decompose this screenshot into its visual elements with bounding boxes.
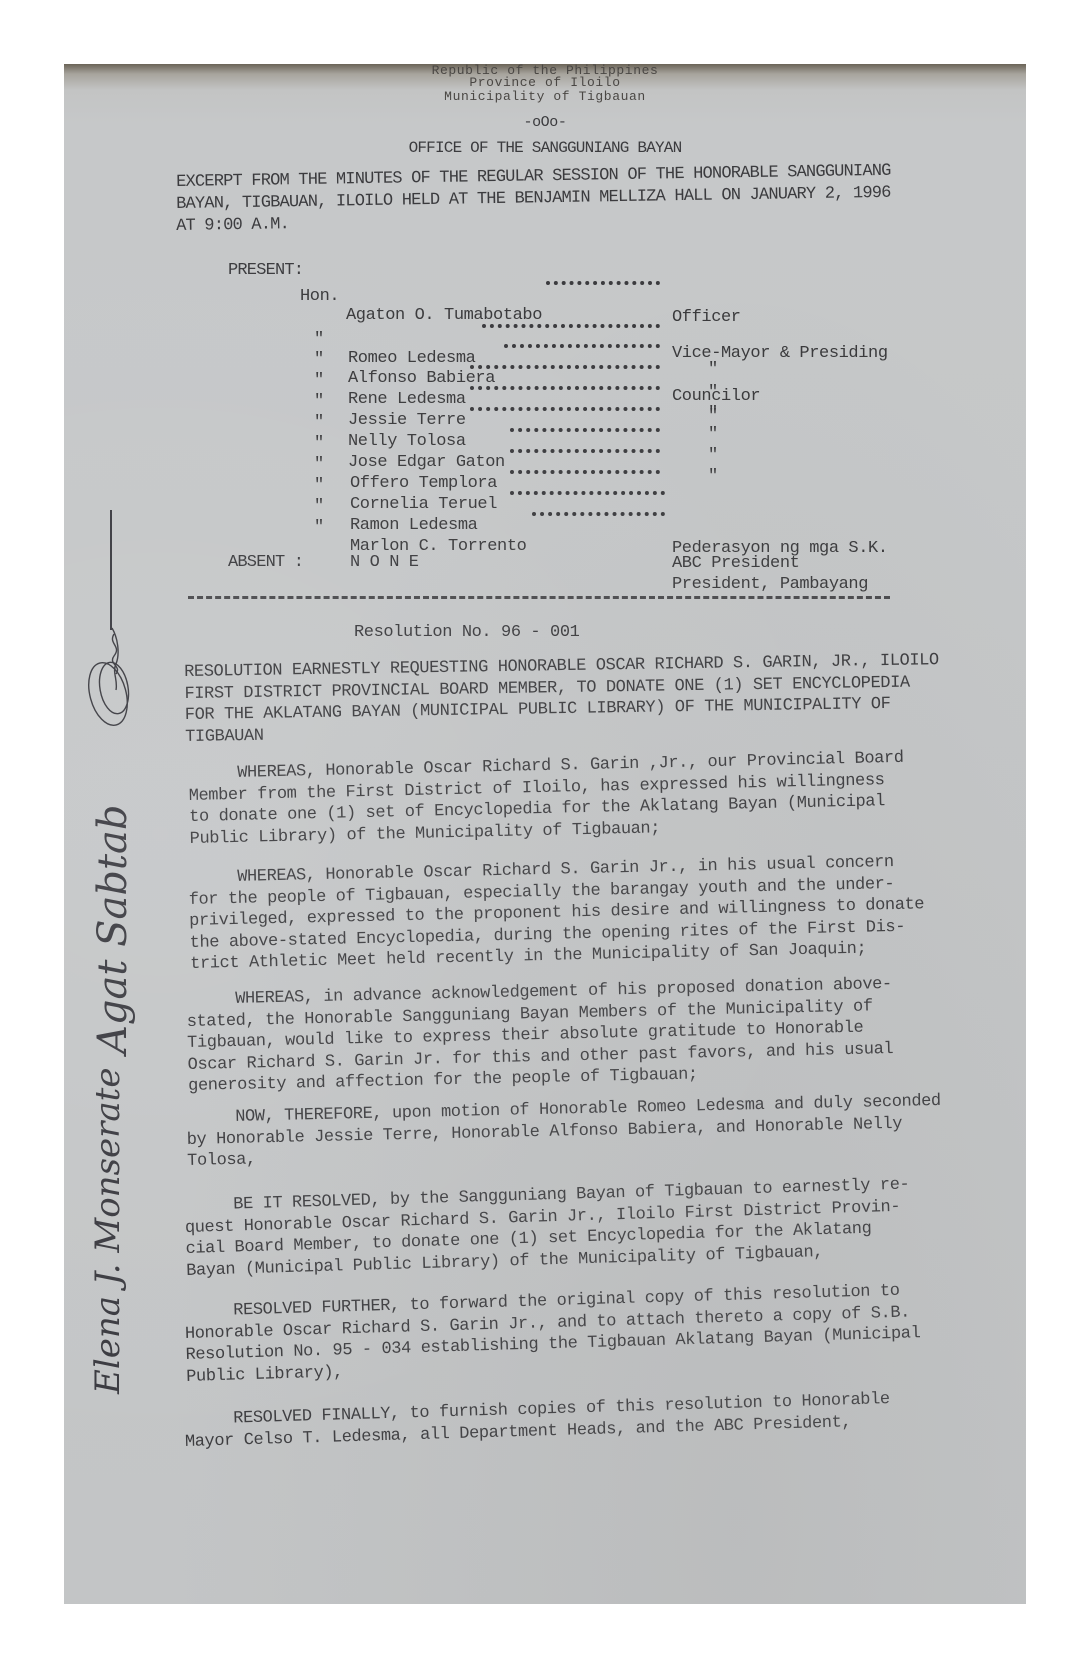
resolved-finally-paragraph: RESOLVED FINALLY, to furnish copies of t… <box>184 1388 925 1453</box>
leader-dots <box>470 365 660 369</box>
excerpt-line-3: AT 9:00 A.M. <box>176 214 289 237</box>
member-row: " Rene Ledesma " <box>300 352 900 373</box>
leader-dots <box>470 386 660 390</box>
leader-dots <box>532 512 665 516</box>
office-title: OFFICE OF THE SANGGUNIANG BAYAN <box>64 138 1026 160</box>
whereas-paragraph-2: WHEREAS, Honorable Oscar Richard S. Gari… <box>188 851 930 975</box>
member-row: Hon. Agaton O. Tumabotabo Vice-Mayor & P… <box>300 268 900 289</box>
header-municipality: Municipality of Tigbauan <box>64 90 1026 104</box>
resolution-title: RESOLUTION EARNESTLY REQUESTING HONORABL… <box>184 650 925 748</box>
present-label: PRESENT: <box>228 260 303 282</box>
members-list: Hon. Agaton O. Tumabotabo Vice-Mayor & P… <box>300 268 900 548</box>
be-it-resolved-paragraph: BE IT RESOLVED, by the Sangguniang Bayan… <box>184 1174 926 1282</box>
document-page: Republic of the Philippines Province of … <box>64 64 1026 1604</box>
member-row: " Cornelia Teruel " <box>300 457 900 478</box>
header-province: Province of Iloilo <box>64 76 1026 90</box>
now-therefore-paragraph: NOW, THEREFORE, upon motion of Honorable… <box>186 1091 927 1172</box>
member-row: " Jessie Terre " <box>300 373 900 394</box>
section-divider <box>188 596 890 599</box>
member-role-continuation: Officer <box>300 289 900 310</box>
member-row: " Nelly Tolosa " <box>300 394 900 415</box>
header-separator: -oOo- <box>64 112 1026 134</box>
member-row: " Ramon Ledesma ABC President <box>300 478 900 499</box>
handwritten-name-2: Elena J. Monserate <box>88 1068 128 1394</box>
leader-dots <box>504 344 660 348</box>
signature-line <box>110 510 112 630</box>
whereas-paragraph-3: WHEREAS, in advance acknowledgement of h… <box>186 973 928 1097</box>
leader-dots <box>482 324 660 328</box>
leader-dots <box>470 407 660 411</box>
leader-dots <box>510 470 660 474</box>
member-role-continuation: Pederasyon ng mga S.K. <box>300 520 920 541</box>
leader-dots <box>510 449 660 453</box>
resolution-number: Resolution No. 96 - 001 <box>354 622 579 644</box>
resolved-further-paragraph: RESOLVED FURTHER, to forward the origina… <box>184 1280 926 1388</box>
leader-dots <box>510 491 665 495</box>
whereas-paragraph-1: WHEREAS, Honorable Oscar Richard S. Gari… <box>188 747 930 850</box>
absent-label: ABSENT : <box>228 552 303 574</box>
member-row: " Romeo Ledesma Councilor <box>300 311 900 332</box>
leader-dots <box>510 428 660 432</box>
member-row: " Marlon C. Torrento President, Pambayan… <box>300 499 920 520</box>
leader-dots <box>546 281 660 285</box>
member-row: " Alfonso Babiera " <box>300 331 900 352</box>
member-row: " Offero Templora " <box>300 436 900 457</box>
signature-icon <box>78 624 138 734</box>
handwritten-name-1: Agat Sabtab <box>90 804 136 1054</box>
absent-value: N O N E <box>350 552 419 574</box>
member-row: " Jose Edgar Gaton " <box>300 415 900 436</box>
